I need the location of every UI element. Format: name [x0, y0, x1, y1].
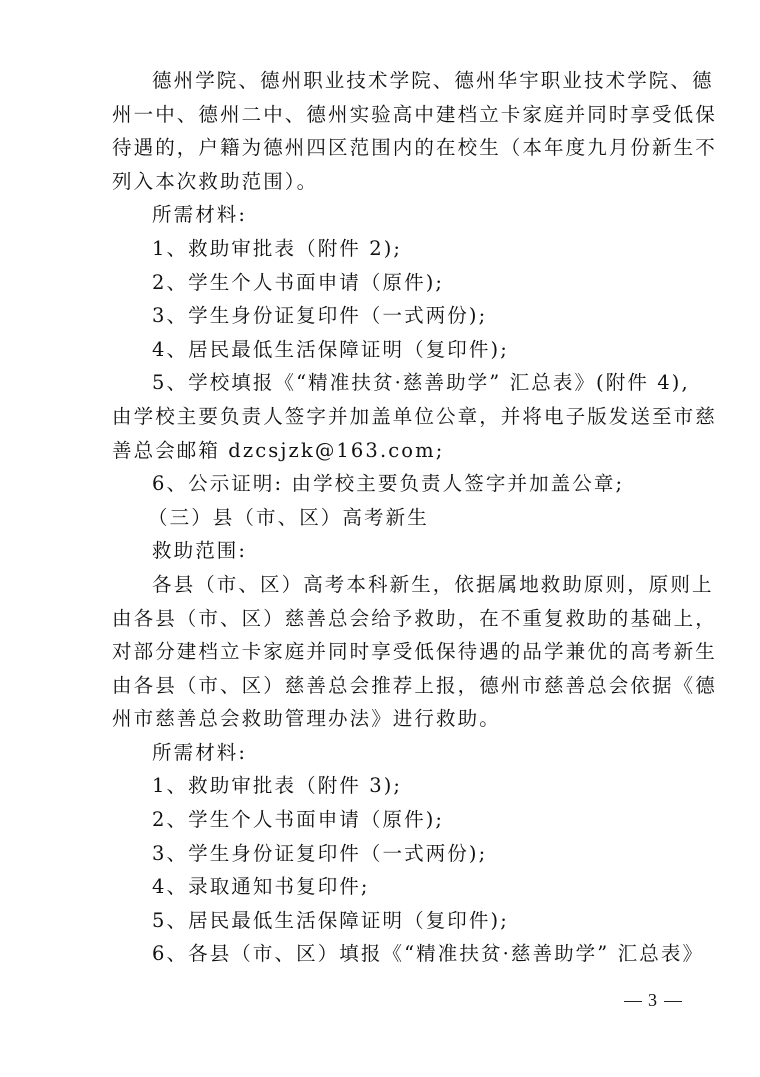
page-number: 3 [618, 990, 688, 1011]
text-line: 由各县（市、区）慈善总会给予救助，在不重复救助的基础上， [112, 602, 690, 636]
text-line: 由各县（市、区）慈善总会推荐上报，德州市慈善总会依据《德 [112, 669, 690, 703]
text-line: 州市慈善总会救助管理办法》进行救助。 [112, 702, 690, 736]
material-item: 6、各县（市、区）填报《“精准扶贫·慈善助学” 汇总表》 [112, 937, 690, 971]
material-item-continuation: 由学校主要负责人签字并加盖单位公章，并将电子版发送至市慈 [112, 400, 690, 434]
text-line: 列入本次救助范围）。 [112, 165, 690, 199]
text-line: 各县（市、区）高考本科新生，依据属地救助原则，原则上 [112, 568, 690, 602]
dash-left [624, 1001, 642, 1002]
page-number-value: 3 [648, 990, 658, 1010]
material-item: 2、学生个人书面申请（原件); [112, 803, 690, 837]
material-item: 3、学生身份证复印件（一式两份); [112, 299, 690, 333]
section-title: （三）县（市、区）高考新生 [112, 501, 690, 535]
scope-heading: 救助范围: [112, 534, 690, 568]
dash-right [664, 1001, 682, 1002]
material-item: 1、救助审批表（附件 2); [112, 232, 690, 266]
material-item-continuation: 善总会邮箱 dzcsjzk@163.com; [112, 434, 690, 468]
text-line: 德州学院、德州职业技术学院、德州华宇职业技术学院、德 [112, 64, 690, 98]
document-page: 德州学院、德州职业技术学院、德州华宇职业技术学院、德 州一中、德州二中、德州实验… [112, 64, 690, 971]
text-line: 州一中、德州二中、德州实验高中建档立卡家庭并同时享受低保 [112, 98, 690, 132]
material-item: 6、公示证明: 由学校主要负责人签字并加盖公章; [112, 467, 690, 501]
paragraph-section-two-scope: 德州学院、德州职业技术学院、德州华宇职业技术学院、德 州一中、德州二中、德州实验… [112, 64, 690, 198]
section-three: （三）县（市、区）高考新生 救助范围: 各县（市、区）高考本科新生，依据属地救助… [112, 501, 690, 971]
material-item: 5、居民最低生活保障证明（复印件); [112, 904, 690, 938]
material-item: 3、学生身份证复印件（一式两份); [112, 837, 690, 871]
text-line: 待遇的，户籍为德州四区范围内的在校生（本年度九月份新生不 [112, 131, 690, 165]
text-line: 对部分建档立卡家庭并同时享受低保待遇的品学兼优的高考新生 [112, 635, 690, 669]
material-item: 4、录取通知书复印件; [112, 870, 690, 904]
section-two-materials: 所需材料: 1、救助审批表（附件 2); 2、学生个人书面申请（原件); 3、学… [112, 198, 690, 500]
material-item: 1、救助审批表（附件 3); [112, 769, 690, 803]
materials-heading: 所需材料: [112, 198, 690, 232]
material-item: 4、居民最低生活保障证明（复印件); [112, 333, 690, 367]
material-item: 2、学生个人书面申请（原件); [112, 266, 690, 300]
materials-heading: 所需材料: [112, 736, 690, 770]
material-item: 5、学校填报《“精准扶贫·慈善助学” 汇总表》(附件 4), [112, 366, 690, 400]
